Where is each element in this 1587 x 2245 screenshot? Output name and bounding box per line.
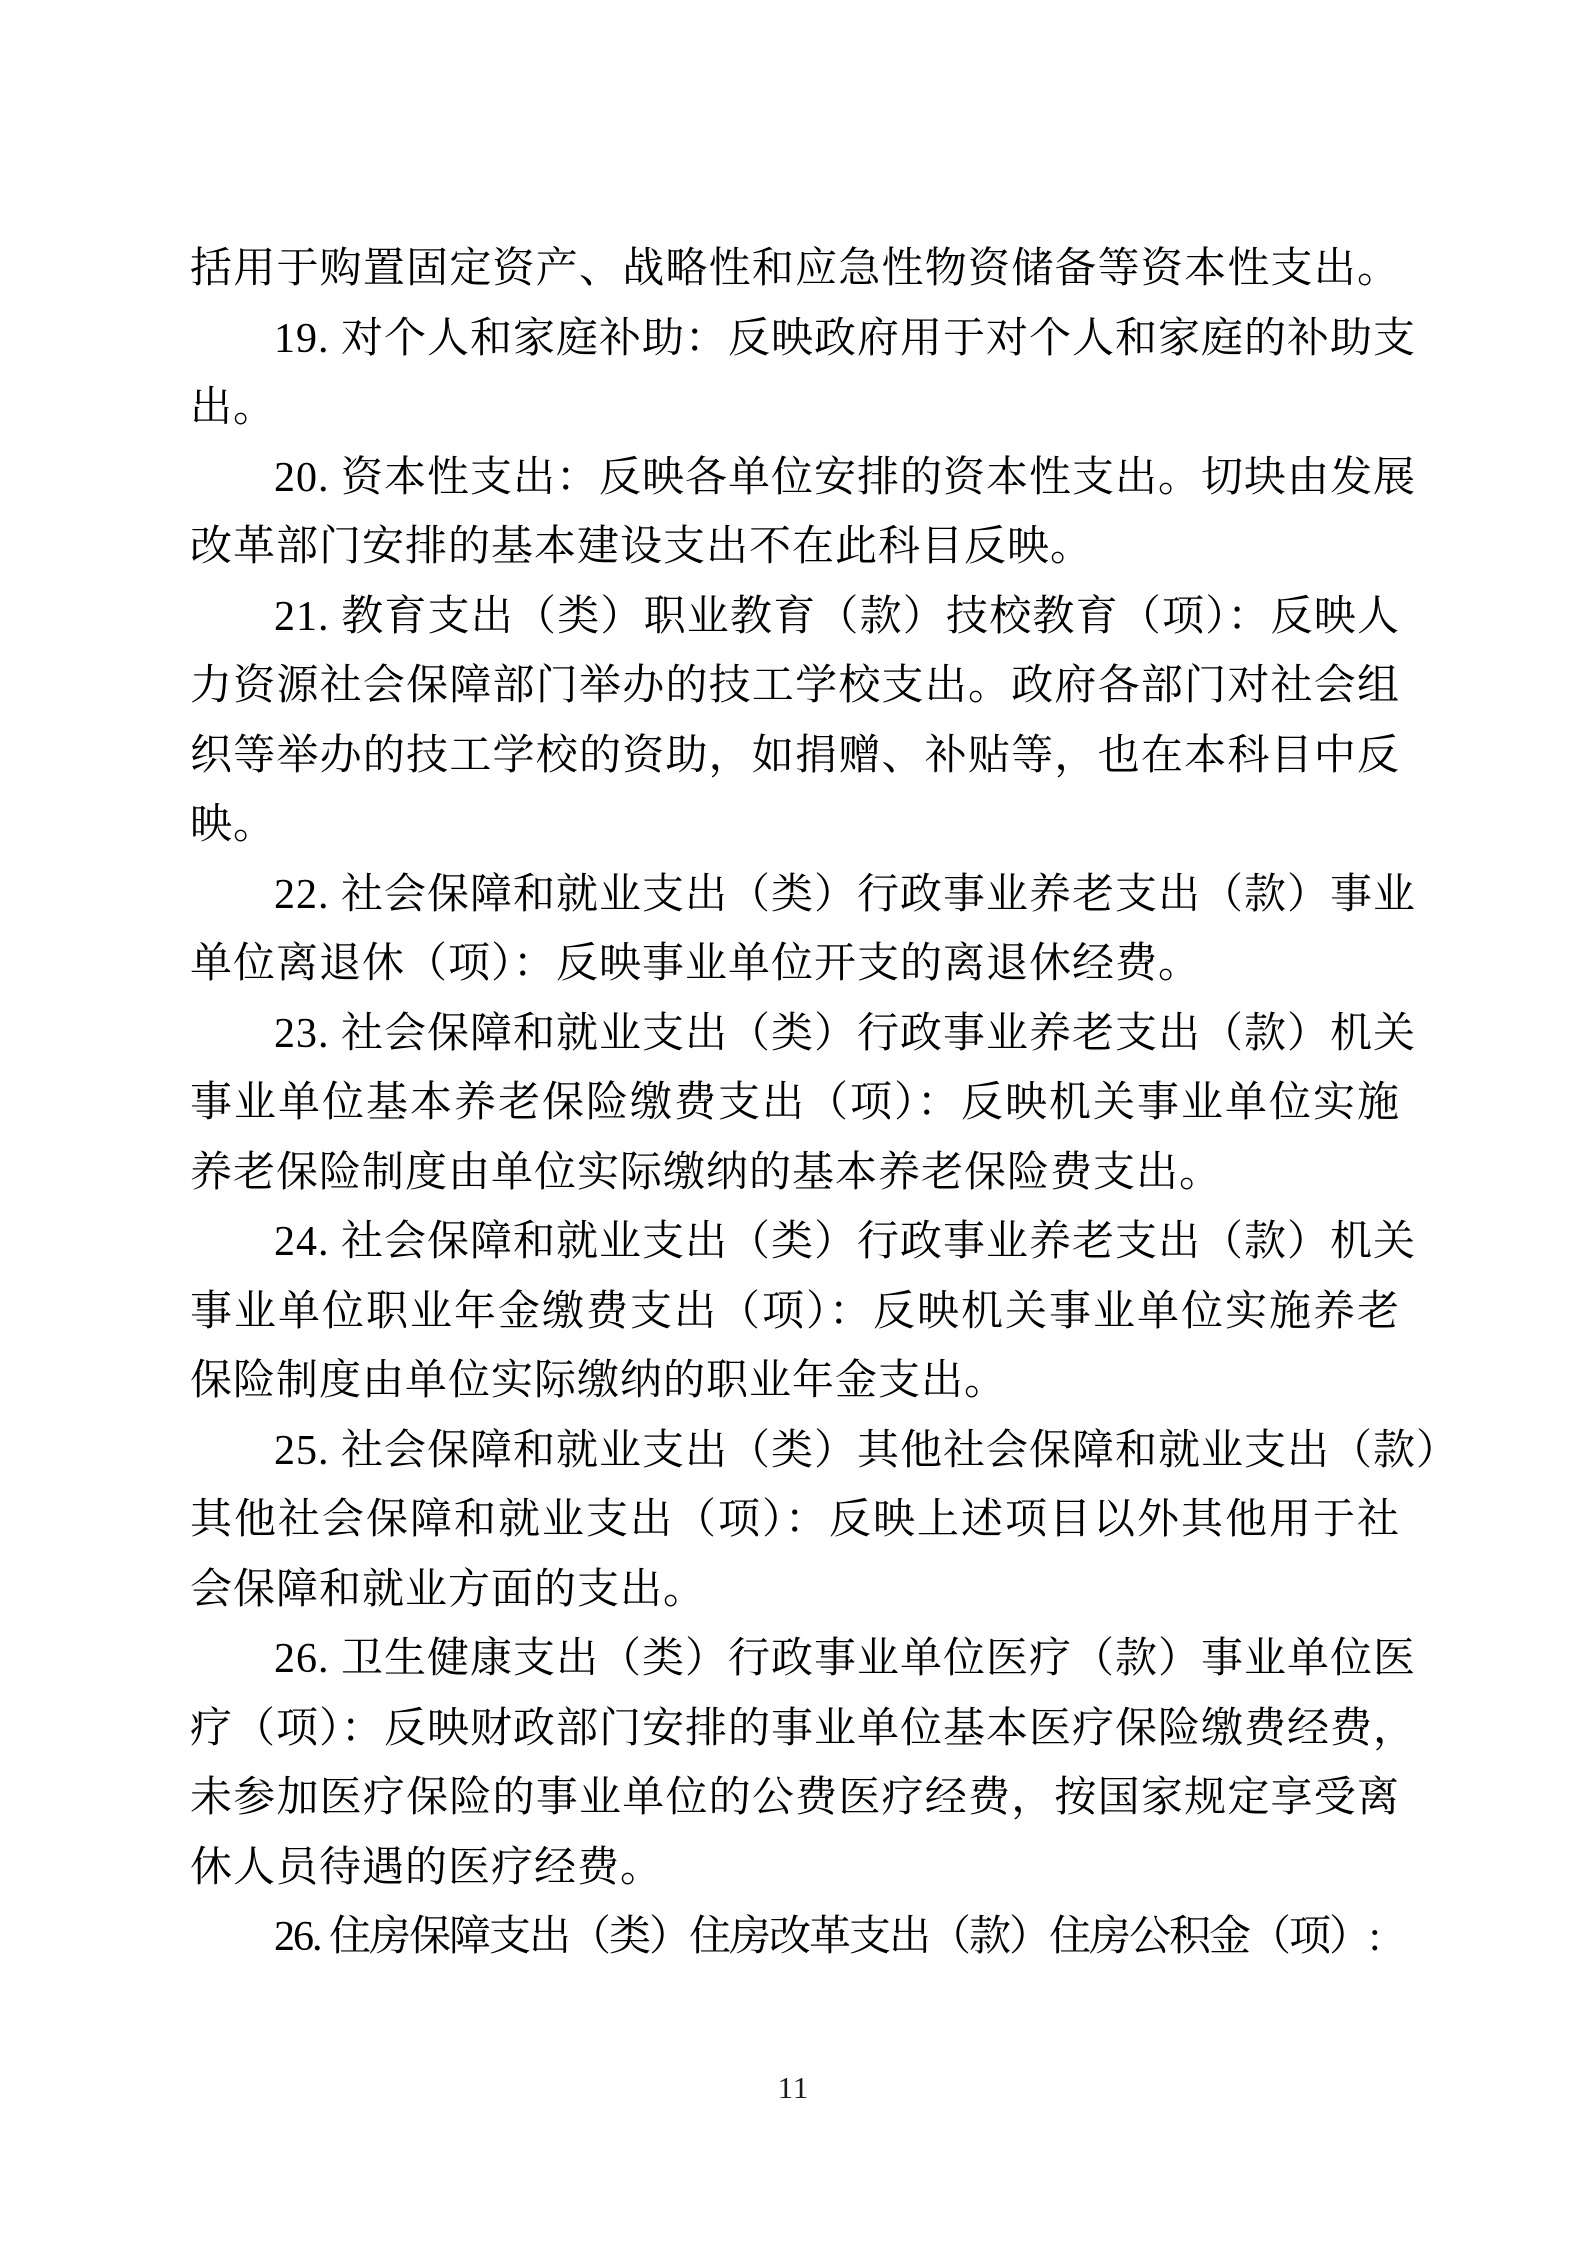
doc-line: 21. 教育支出（类）职业教育（款）技校教育（项）：反映人 [190,583,1400,653]
doc-line: 力资源社会保障部门举办的技工学校支出。政府各部门对社会组 [190,652,1400,722]
doc-line: 括用于购置固定资产、战略性和应急性物资储备等资本性支出。 [190,235,1400,305]
doc-line: 未参加医疗保险的事业单位的公费医疗经费，按国家规定享受离 [190,1764,1400,1834]
text-block: 括用于购置固定资产、战略性和应急性物资储备等资本性支出。 19. 对个人和家庭补… [190,235,1400,1973]
doc-line: 出。 [190,374,1400,444]
doc-line: 休人员待遇的医疗经费。 [190,1834,1400,1904]
doc-line: 事业单位基本养老保险缴费支出（项）：反映机关事业单位实施 [190,1069,1400,1139]
doc-line: 23. 社会保障和就业支出（类）行政事业养老支出（款）机关 [190,1000,1400,1070]
doc-line: 改革部门安排的基本建设支出不在此科目反映。 [190,513,1400,583]
doc-line: 20. 资本性支出：反映各单位安排的资本性支出。切块由发展 [190,444,1400,514]
doc-line: 疗（项）：反映财政部门安排的事业单位基本医疗保险缴费经费， [190,1695,1400,1765]
doc-line: 19. 对个人和家庭补助：反映政府用于对个人和家庭的补助支 [190,305,1400,375]
page-number: 11 [0,2068,1587,2108]
doc-line: 保险制度由单位实际缴纳的职业年金支出。 [190,1347,1400,1417]
doc-line: 织等举办的技工学校的资助，如捐赠、补贴等，也在本科目中反 [190,722,1400,792]
doc-line: 单位离退休（项）：反映事业单位开支的离退休经费。 [190,930,1400,1000]
doc-line: 会保障和就业方面的支出。 [190,1556,1400,1626]
document-page: 括用于购置固定资产、战略性和应急性物资储备等资本性支出。 19. 对个人和家庭补… [0,0,1587,2245]
doc-line: 26. 住房保障支出（类）住房改革支出（款）住房公积金（项）: [190,1903,1400,1973]
doc-line: 映。 [190,791,1400,861]
doc-line: 24. 社会保障和就业支出（类）行政事业养老支出（款）机关 [190,1208,1400,1278]
doc-line: 其他社会保障和就业支出（项）：反映上述项目以外其他用于社 [190,1486,1400,1556]
doc-line: 22. 社会保障和就业支出（类）行政事业养老支出（款）事业 [190,861,1400,931]
doc-line: 养老保险制度由单位实际缴纳的基本养老保险费支出。 [190,1139,1400,1209]
doc-line: 事业单位职业年金缴费支出（项）：反映机关事业单位实施养老 [190,1278,1400,1348]
doc-line: 26. 卫生健康支出（类）行政事业单位医疗（款）事业单位医 [190,1625,1400,1695]
doc-line: 25. 社会保障和就业支出（类）其他社会保障和就业支出（款） [190,1417,1400,1487]
